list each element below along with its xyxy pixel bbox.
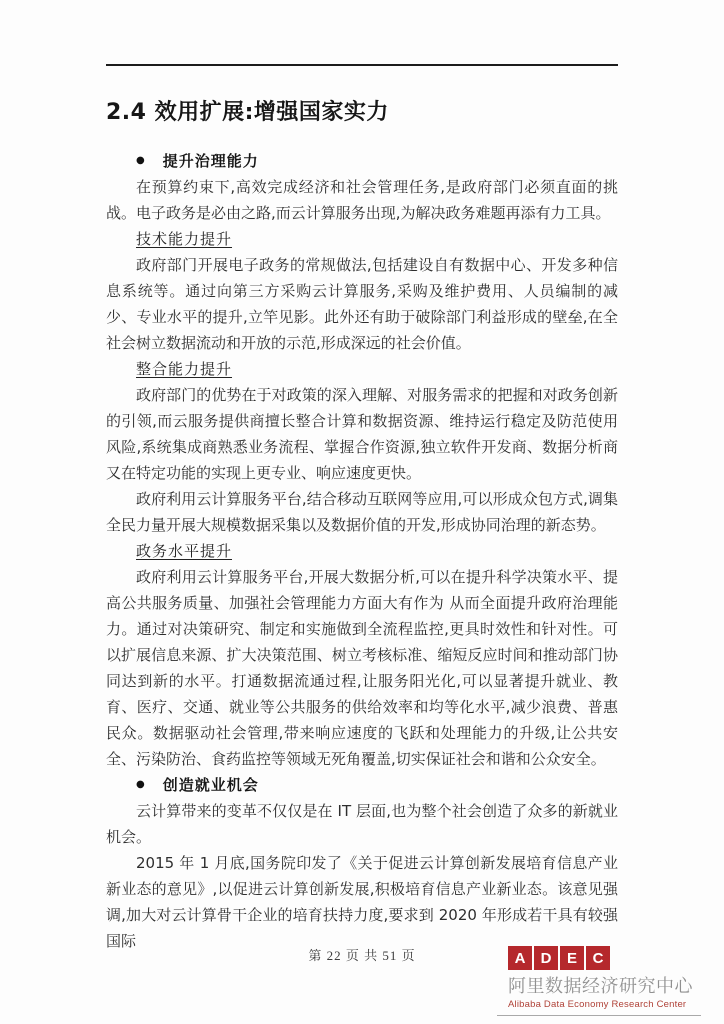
subheading-text: 技术能力提升 xyxy=(136,230,232,248)
logo-english-name: Alibaba Data Economy Research Center xyxy=(508,999,701,1010)
paragraph: 在预算约束下,高效完成经济和社会管理任务,是政府部门必须直面的挑战。电子政务是必… xyxy=(106,174,618,226)
paragraph: 2015 年 1 月底,国务院印发了《关于促进云计算创新发展培育信息产业新业态的… xyxy=(106,850,618,954)
adec-logo-letter-blocks: A D E C xyxy=(508,946,701,970)
logo-divider-line xyxy=(497,1015,701,1016)
subheading-integration-capability: 整合能力提升 xyxy=(106,356,618,382)
paragraph: 政府部门开展电子政务的常规做法,包括建设自有数据中心、开发多种信息系统等。通过向… xyxy=(106,252,618,356)
bullet-dot-icon: ● xyxy=(136,772,145,798)
subheading-tech-capability: 技术能力提升 xyxy=(106,226,618,252)
paragraph: 政府部门的优势在于对政策的深入理解、对服务需求的把握和对政务创新的引领,而云服务… xyxy=(106,382,618,486)
header-divider-line xyxy=(106,64,618,66)
bullet-item-employment: ● 创造就业机会 xyxy=(106,772,618,798)
adec-logo: A D E C 阿里数据经济研究中心 Alibaba Data Economy … xyxy=(497,946,701,1016)
bullet-item-governance: ● 提升治理能力 xyxy=(106,148,618,174)
logo-letter-a: A xyxy=(508,946,532,970)
paragraph: 政府利用云计算服务平台,结合移动互联网等应用,可以形成众包方式,调集全民力量开展… xyxy=(106,486,618,538)
subheading-text: 政务水平提升 xyxy=(136,542,232,560)
bullet-label: 创造就业机会 xyxy=(163,772,259,798)
logo-chinese-name: 阿里数据经济研究中心 xyxy=(508,972,701,998)
paragraph: 政府利用云计算服务平台,开展大数据分析,可以在提升科学决策水平、提高公共服务质量… xyxy=(106,564,618,772)
body-content: ● 提升治理能力 在预算约束下,高效完成经济和社会管理任务,是政府部门必须直面的… xyxy=(106,148,618,954)
logo-letter-d: D xyxy=(534,946,558,970)
section-heading: 2.4 效用扩展:增强国家实力 xyxy=(106,95,389,126)
subheading-government-level: 政务水平提升 xyxy=(106,538,618,564)
bullet-label: 提升治理能力 xyxy=(163,148,259,174)
bullet-dot-icon: ● xyxy=(136,148,145,174)
document-page: 2.4 效用扩展:增强国家实力 ● 提升治理能力 在预算约束下,高效完成经济和社… xyxy=(0,0,724,1024)
paragraph: 云计算带来的变革不仅仅是在 IT 层面,也为整个社会创造了众多的新就业机会。 xyxy=(106,798,618,850)
logo-letter-e: E xyxy=(560,946,584,970)
subheading-text: 整合能力提升 xyxy=(136,360,232,378)
logo-letter-c: C xyxy=(586,946,610,970)
